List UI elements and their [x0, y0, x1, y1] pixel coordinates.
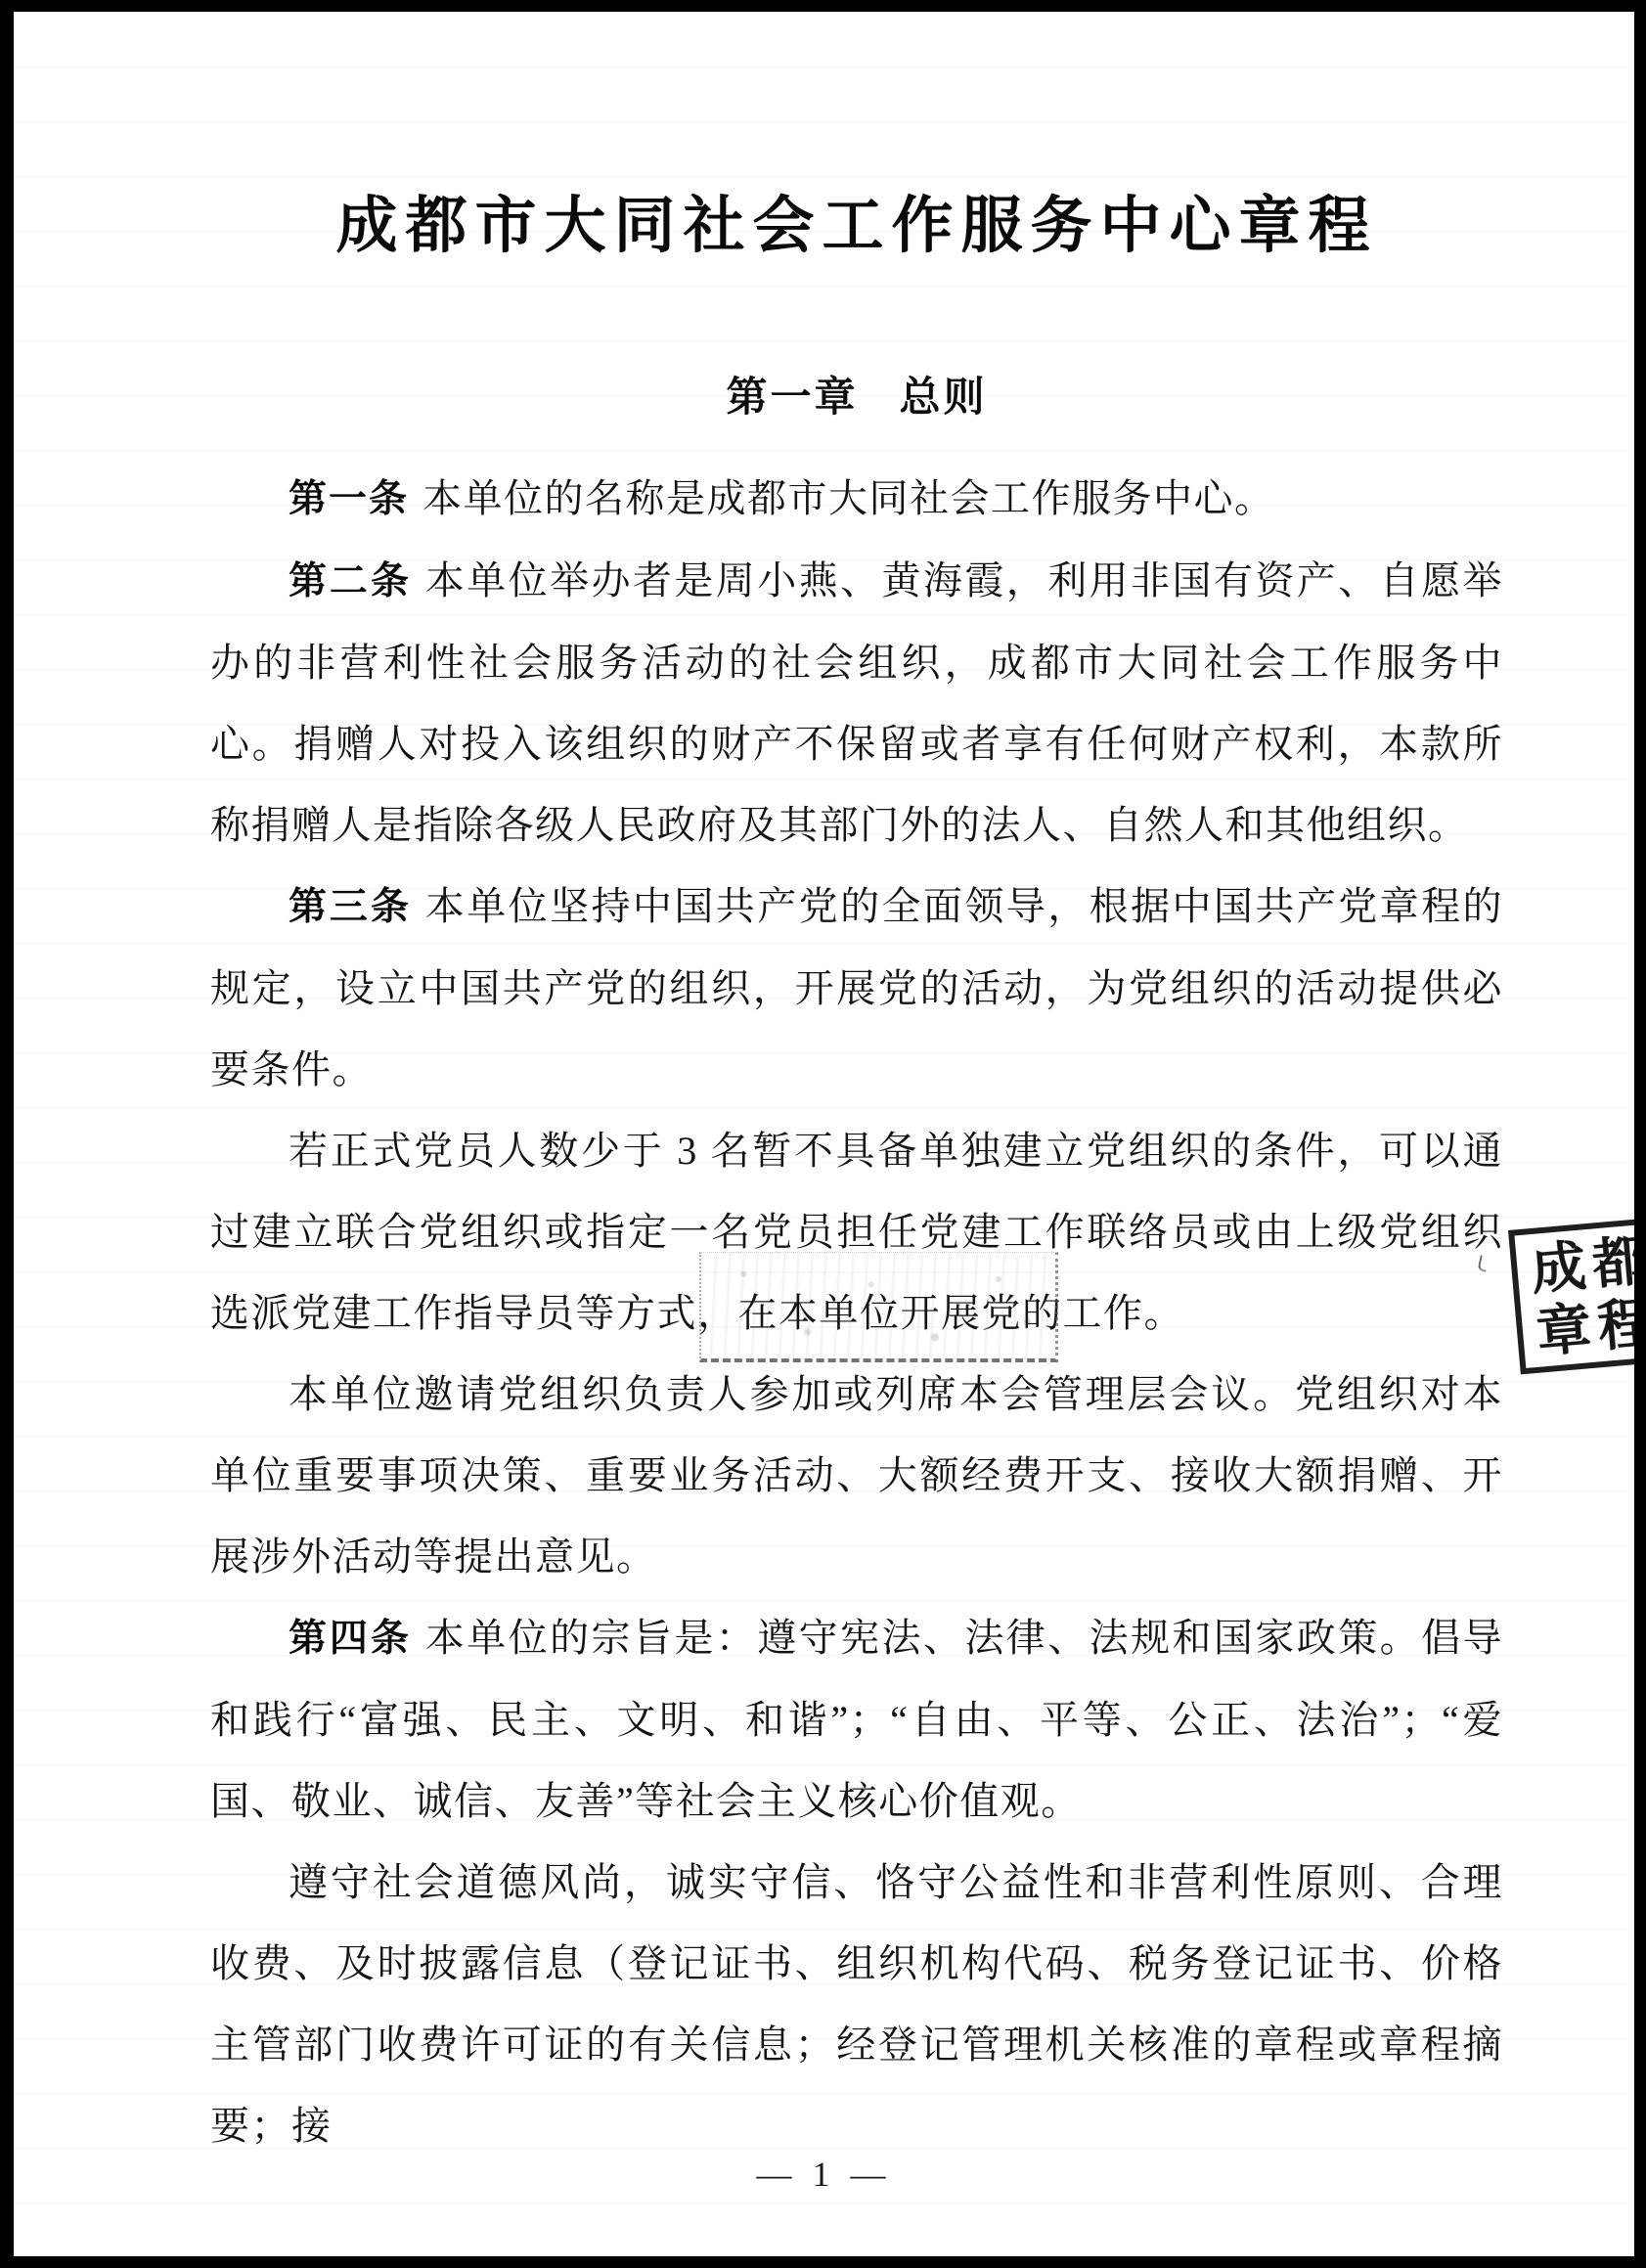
article-number: 第一条: [289, 478, 409, 520]
chapter-name: 总则: [900, 376, 988, 421]
paragraph: 第二条本单位举办者是周小燕、黄海霞，利用非国有资产、自愿举办的非营利性社会服务活…: [210, 540, 1503, 866]
article-number: 第三条: [289, 886, 412, 928]
scan-border-frame: 成都市大同社会工作服务中心章程 第一章总则 第一条本单位的名称是成都市大同社会工…: [0, 0, 1646, 2268]
document-page: 成都市大同社会工作服务中心章程 第一章总则 第一条本单位的名称是成都市大同社会工…: [14, 12, 1634, 2256]
text-column: 成都市大同社会工作服务中心章程 第一章总则 第一条本单位的名称是成都市大同社会工…: [210, 176, 1503, 2166]
paragraph: 第一条本单位的名称是成都市大同社会工作服务中心。: [210, 458, 1503, 540]
paragraph: 第三条本单位坚持中国共产党的全面领导，根据中国共产党章程的规定，设立中国共产党的…: [210, 866, 1503, 1110]
paragraph: 本单位邀请党组织负责人参加或列席本会管理层会议。党组织对本单位重要事项决策、重要…: [210, 1354, 1503, 1597]
article-number: 第二条: [289, 560, 412, 602]
paragraph: 若正式党员人数少于 3 名暂不具备单独建立党组织的条件，可以通过建立联合党组织或…: [210, 1110, 1503, 1354]
approval-stamp: 成都市 章程核: [1508, 1209, 1634, 1374]
paragraph: 第四条本单位的宗旨是：遵守宪法、法律、法规和国家政策。倡导和践行“富强、民主、文…: [210, 1597, 1503, 1842]
article-number: 第四条: [289, 1618, 412, 1660]
paragraph: 遵守社会道德风尚，诚实守信、恪守公益性和非营利性原则、合理收费、及时披露信息（登…: [210, 1842, 1503, 2166]
document-title: 成都市大同社会工作服务中心章程: [210, 176, 1503, 265]
page-number: — 1 —: [14, 2154, 1634, 2195]
approval-stamp-line1: 成都市: [1529, 1222, 1634, 1303]
chapter-number: 第一章: [726, 376, 858, 421]
document-body: 第一条本单位的名称是成都市大同社会工作服务中心。第二条本单位举办者是周小燕、黄海…: [210, 458, 1503, 2166]
chapter-heading: 第一章总则: [210, 365, 1503, 423]
